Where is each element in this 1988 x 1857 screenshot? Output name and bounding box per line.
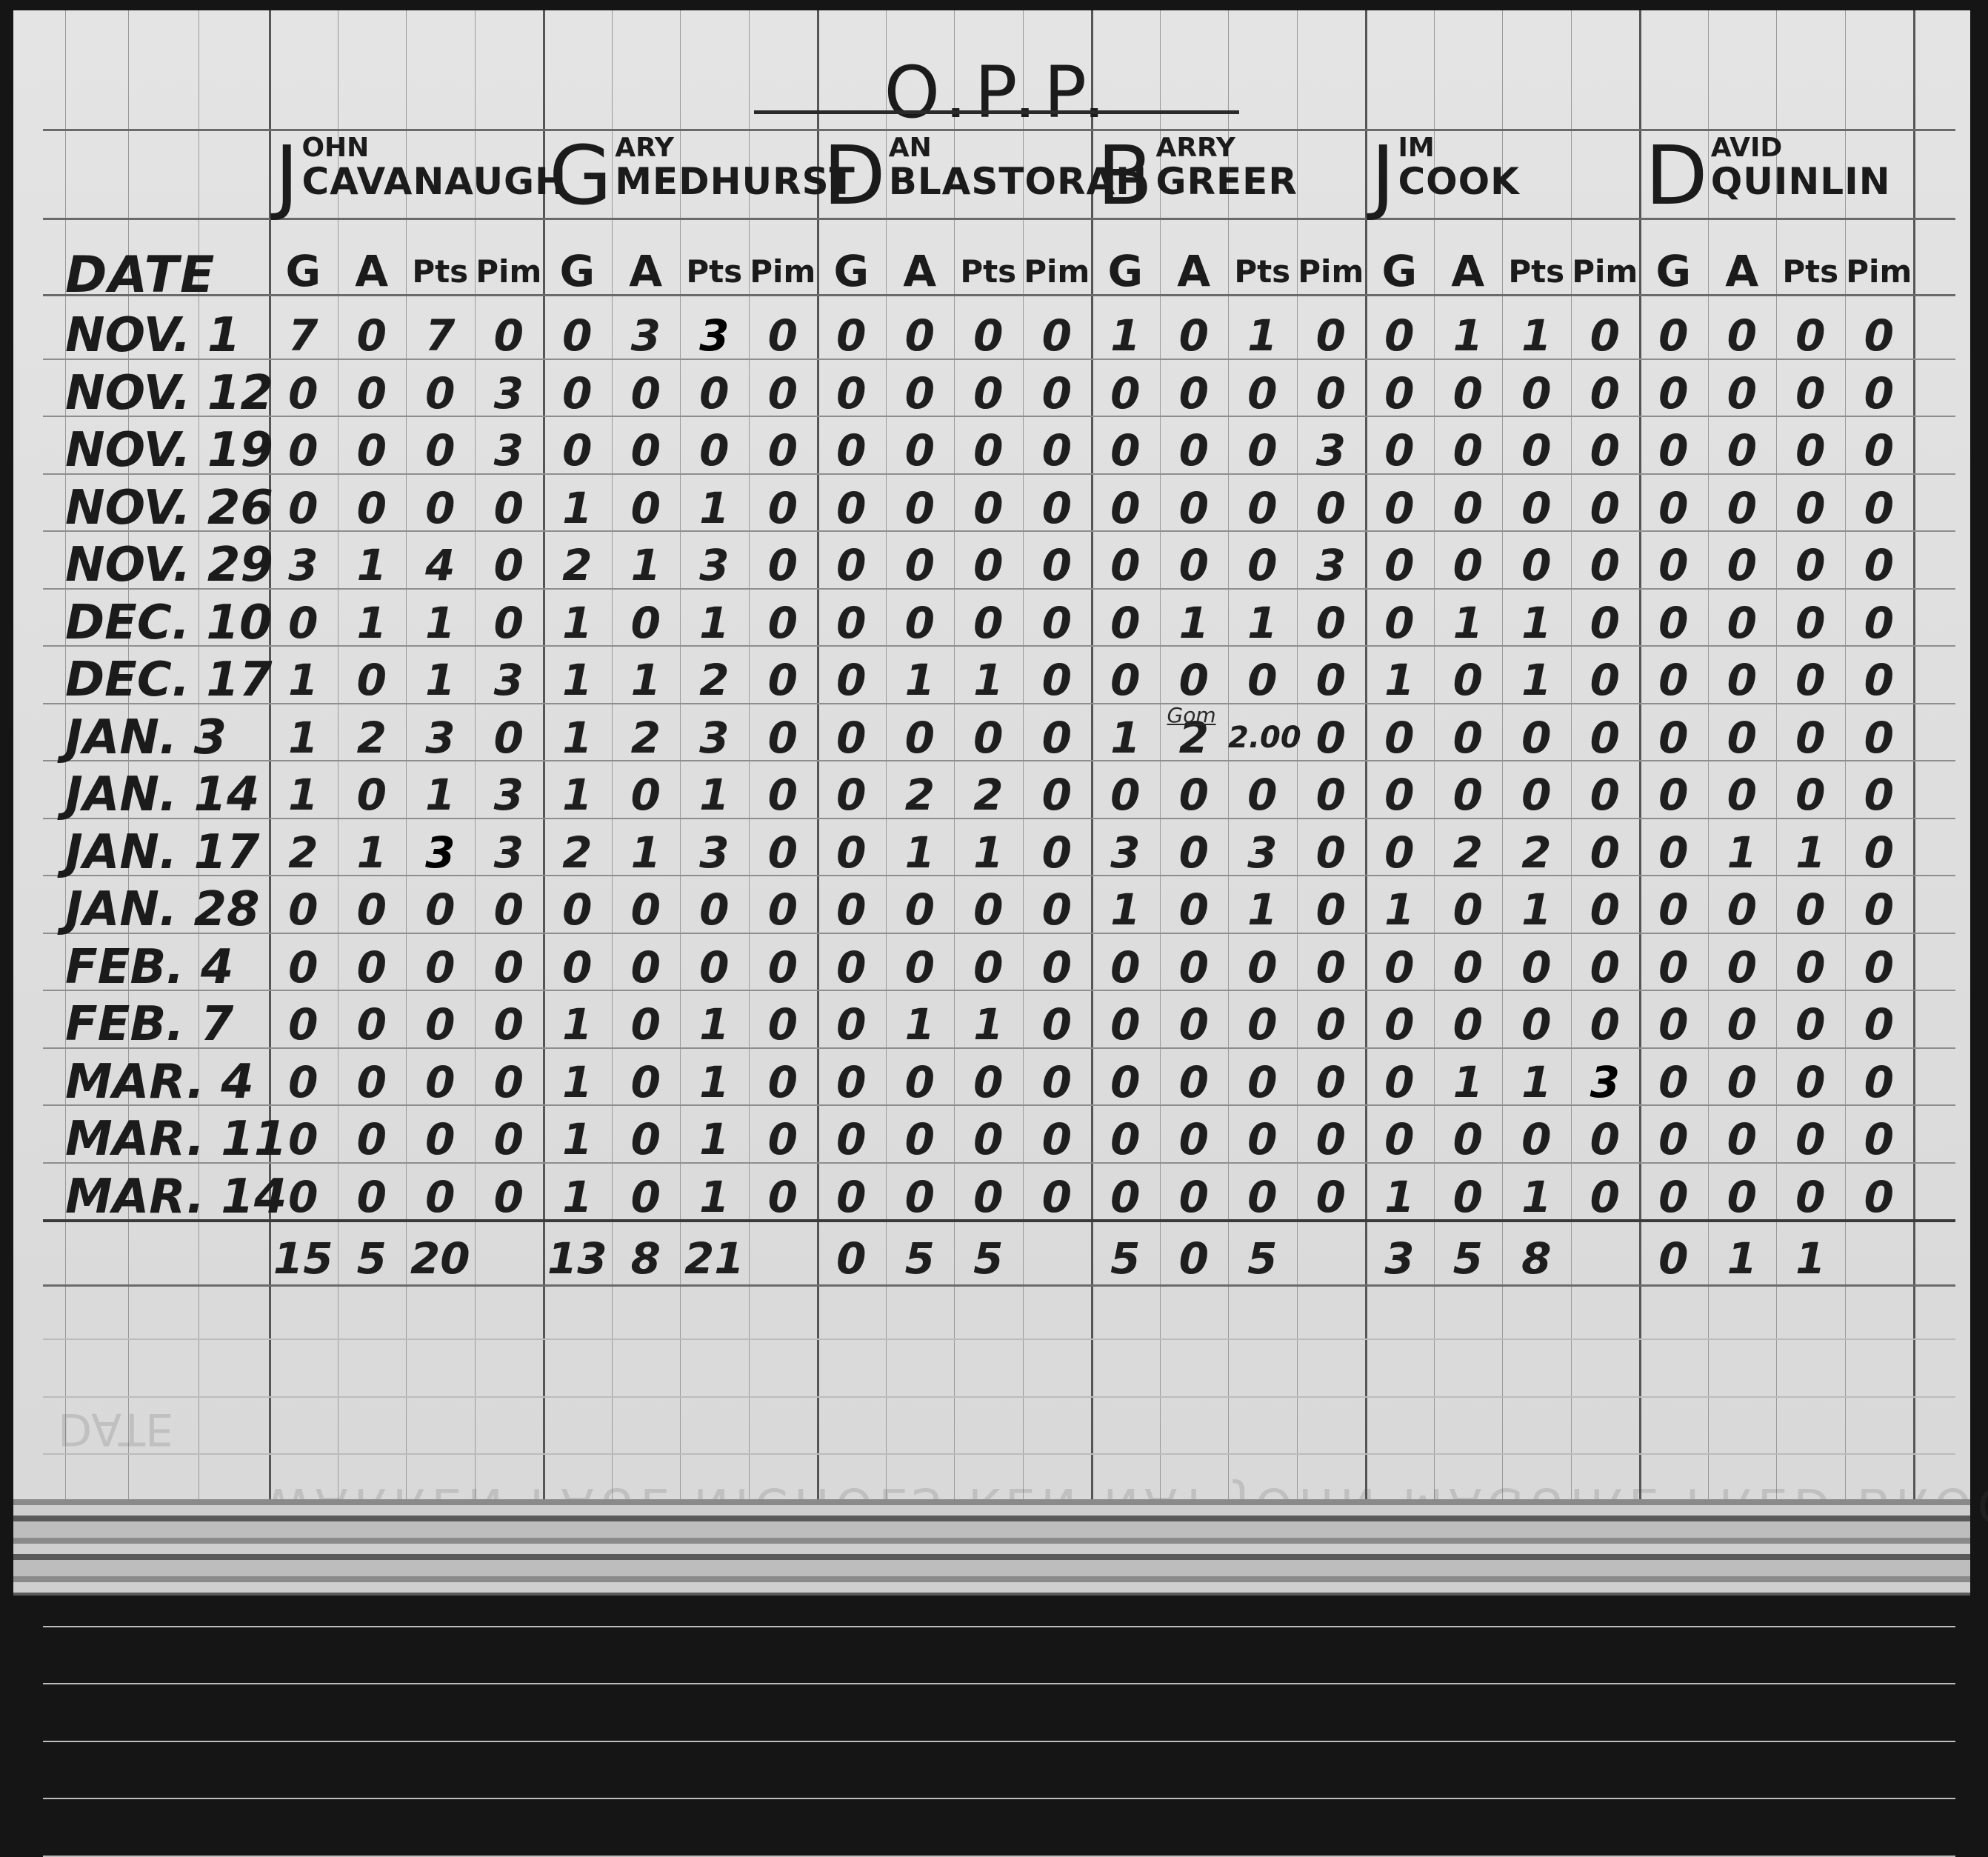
game-date: JAN. 3: [65, 707, 227, 768]
stat-cell-pts: 7: [406, 305, 475, 366]
stat-cell-a: 0: [612, 1052, 681, 1113]
stat-cell-pim: 0: [1571, 764, 1640, 825]
season-total-a: 5: [886, 1228, 955, 1289]
stat-cell-g: 0: [543, 305, 612, 366]
stat-cell-g: 0: [1365, 363, 1434, 424]
stat-cell-g: 0: [1091, 1052, 1160, 1113]
player-initial: B: [1097, 135, 1153, 216]
stat-cell-pim: 0: [1023, 707, 1092, 768]
season-total-g: 5: [1091, 1228, 1160, 1289]
stat-cell-a: 0: [612, 593, 681, 653]
game-date: JAN. 17: [65, 822, 260, 883]
stat-cell-g: 1: [1091, 305, 1160, 366]
notebook-binding: [13, 1499, 1970, 1596]
stat-cell-a: 0: [886, 879, 955, 940]
stat-cell-g: 7: [269, 305, 338, 366]
stat-cell-pim: 3: [1297, 420, 1366, 481]
stat-cell-a: 0: [338, 1109, 407, 1170]
stat-header-pts: Pts: [1776, 253, 1845, 305]
stat-cell-pim: 3: [475, 764, 544, 825]
game-row: NOV. 1707003300000101001100000: [13, 305, 1970, 366]
stat-cell-g: 0: [1639, 1167, 1708, 1227]
season-total-a: 8: [612, 1228, 681, 1289]
stat-cell-a: 0: [886, 478, 955, 539]
stat-cell-pts: 0: [1228, 478, 1297, 539]
stat-cell-a: 0: [1708, 535, 1777, 596]
stat-cell-g: 1: [543, 1167, 612, 1227]
season-total-a: 5: [338, 1228, 407, 1289]
stat-cell-pim: 0: [475, 305, 544, 366]
stat-cell-g: 1: [269, 764, 338, 825]
season-total-a: 5: [1434, 1228, 1503, 1289]
season-total-pts: 20: [406, 1228, 475, 1289]
stat-cell-a: 0: [612, 764, 681, 825]
stat-cell-g: 0: [817, 420, 886, 481]
stat-cell-g: 2: [543, 535, 612, 596]
stat-cell-g: 0: [269, 937, 338, 998]
margin-note: Gom: [1167, 703, 1216, 727]
stat-cell-a: 0: [1434, 650, 1503, 710]
stat-cell-g: 0: [269, 1167, 338, 1227]
stat-cell-pts: 1: [406, 593, 475, 653]
stat-cell-g: 3: [269, 535, 338, 596]
stat-cell-pim: 0: [749, 1052, 818, 1113]
stat-cell-pim: 0: [1023, 478, 1092, 539]
stat-cell-a: 0: [1160, 822, 1229, 883]
stat-cell-a: 0: [1160, 420, 1229, 481]
stat-cell-a: 1: [886, 650, 955, 710]
stat-cell-g: 0: [1365, 420, 1434, 481]
stat-cell-pts: 0: [954, 363, 1023, 424]
stat-header-pim: Pim: [1571, 253, 1640, 305]
stat-cell-pts: 0: [1228, 994, 1297, 1055]
stat-cell-g: 0: [1091, 650, 1160, 710]
stat-header-a: A: [886, 246, 955, 298]
stat-cell-g: 0: [1639, 535, 1708, 596]
stat-header-g: G: [543, 246, 612, 298]
stat-cell-g: 0: [1091, 535, 1160, 596]
stat-cell-pim: 0: [1571, 1167, 1640, 1227]
stat-cell-pts: 0: [1502, 420, 1571, 481]
stat-cell-pts: 1: [954, 822, 1023, 883]
stat-cell-pim: 0: [1297, 707, 1366, 768]
stat-cell-pts: 1: [1502, 1052, 1571, 1113]
stat-cell-pts: 0: [680, 363, 749, 424]
stat-cell-g: 0: [1639, 1052, 1708, 1113]
stat-cell-g: 1: [543, 1109, 612, 1170]
player-header: JIMCOOK: [1371, 135, 1520, 216]
stat-cell-pts: 0: [1776, 650, 1845, 710]
stat-cell-pts: 0: [1502, 535, 1571, 596]
stat-cell-pim: 0: [749, 1167, 818, 1227]
stat-cell-a: 0: [886, 1109, 955, 1170]
stat-cell-pim: 0: [1571, 994, 1640, 1055]
stat-cell-g: 0: [1639, 305, 1708, 366]
stat-cell-a: 0: [338, 420, 407, 481]
ledger-page: DATE WARREN PAUL NICHOLS KEN NAY JOHN MA…: [13, 10, 1970, 1596]
stat-cell-pts: 0: [406, 1052, 475, 1113]
stat-cell-a: 0: [1708, 420, 1777, 481]
stat-cell-pts: 0: [1776, 1167, 1845, 1227]
stat-cell-pts: 0: [1776, 420, 1845, 481]
season-total-g: 15: [269, 1228, 338, 1289]
stat-cell-g: 0: [1365, 593, 1434, 653]
stat-cell-a: 2: [612, 707, 681, 768]
stat-cell-pim: 0: [475, 937, 544, 998]
player-name-text: OHNCAVANAUGH: [301, 135, 567, 201]
stat-cell-pts: 0: [954, 879, 1023, 940]
stat-cell-g: 0: [1091, 420, 1160, 481]
stat-cell-pts: 0: [406, 478, 475, 539]
stat-cell-pim: 0: [1845, 363, 1914, 424]
stat-cell-pim: 0: [1297, 937, 1366, 998]
stat-cell-pts: 0: [1776, 994, 1845, 1055]
player-name-text: IMCOOK: [1398, 135, 1519, 201]
stat-cell-g: 0: [1365, 994, 1434, 1055]
stat-header-g: G: [269, 246, 338, 298]
stat-cell-a: 0: [338, 764, 407, 825]
stat-cell-pim: 0: [1845, 305, 1914, 366]
stat-cell-g: 0: [1365, 764, 1434, 825]
stat-cell-pts: 1: [680, 1052, 749, 1113]
stat-cell-pts: 1: [1228, 879, 1297, 940]
stat-cell-g: 3: [1091, 822, 1160, 883]
stat-cell-g: 1: [543, 593, 612, 653]
stat-cell-pts: 0: [1228, 764, 1297, 825]
stat-cell-a: 0: [886, 707, 955, 768]
stat-cell-g: 0: [1639, 879, 1708, 940]
stat-cell-g: 0: [817, 478, 886, 539]
stat-cell-a: 0: [1708, 707, 1777, 768]
stat-header-a: A: [1160, 246, 1229, 298]
stat-cell-pts: 3: [406, 707, 475, 768]
stat-cell-a: 0: [612, 420, 681, 481]
stat-cell-a: 2: [1434, 822, 1503, 883]
stat-cell-pim: 0: [475, 707, 544, 768]
player-initial: G: [549, 135, 612, 216]
player-name-text: ARYMEDHURST: [615, 135, 855, 201]
stat-cell-a: 0: [1160, 478, 1229, 539]
stat-cell-pim: 0: [1297, 994, 1366, 1055]
stat-cell-pim: 0: [1571, 593, 1640, 653]
stat-cell-a: 1: [1708, 822, 1777, 883]
stat-cell-g: 0: [817, 707, 886, 768]
season-total-a: 1: [1708, 1228, 1777, 1289]
stat-cell-pim: 0: [1297, 1052, 1366, 1113]
season-total-g: 0: [817, 1228, 886, 1289]
stat-cell-pts: 1: [1776, 822, 1845, 883]
stat-cell-pim: 0: [1023, 822, 1092, 883]
stat-cell-pim: 0: [1845, 1167, 1914, 1227]
stat-cell-pim: 0: [1023, 593, 1092, 653]
stat-cell-pim: 0: [1571, 478, 1640, 539]
stat-header-pts: Pts: [1502, 253, 1571, 305]
stat-cell-g: 0: [817, 305, 886, 366]
game-row: DEC. 17101311200110000010100000: [13, 650, 1970, 710]
game-date: NOV. 26: [65, 478, 273, 539]
stat-cell-a: 0: [1160, 535, 1229, 596]
stat-cell-pts: 0: [1502, 478, 1571, 539]
stat-cell-a: 0: [1160, 363, 1229, 424]
stat-cell-a: 0: [1434, 363, 1503, 424]
stat-cell-pts: 0: [1776, 764, 1845, 825]
stat-cell-a: 2: [886, 764, 955, 825]
stat-cell-g: 0: [1365, 535, 1434, 596]
stat-cell-pts: 3: [406, 822, 475, 883]
stat-cell-a: 0: [338, 1167, 407, 1227]
stat-cell-a: 0: [1434, 707, 1503, 768]
stat-cell-pts: 1: [406, 650, 475, 710]
stat-cell-pts: 1: [954, 650, 1023, 710]
game-date: NOV. 12: [65, 363, 273, 424]
stat-cell-g: 0: [1639, 764, 1708, 825]
stat-cell-g: 0: [1365, 707, 1434, 768]
stat-cell-a: 0: [612, 879, 681, 940]
stat-cell-pim: 3: [475, 822, 544, 883]
stat-cell-g: 0: [817, 535, 886, 596]
game-row: MAR. 4000010100000000001130000: [13, 1052, 1970, 1113]
stat-cell-a: 0: [338, 363, 407, 424]
stat-cell-pim: 3: [1297, 535, 1366, 596]
stat-cell-a: 1: [1434, 305, 1503, 366]
stat-cell-a: 1: [886, 994, 955, 1055]
stat-header-pim: Pim: [1023, 253, 1092, 305]
season-total-g: 0: [1639, 1228, 1708, 1289]
stat-cell-pim: 0: [1571, 363, 1640, 424]
stat-cell-pts: 0: [1776, 879, 1845, 940]
season-total-a: 0: [1160, 1228, 1229, 1289]
stat-cell-pim: 0: [749, 363, 818, 424]
stat-cell-g: 1: [269, 650, 338, 710]
stat-cell-a: 0: [886, 535, 955, 596]
stat-cell-g: 0: [817, 879, 886, 940]
game-row: MAR. 11000010100000000000000000: [13, 1109, 1970, 1170]
stat-cell-g: 2: [269, 822, 338, 883]
title-underline: [754, 110, 1239, 114]
stat-cell-a: 0: [1708, 764, 1777, 825]
stat-cell-pim: 0: [1845, 937, 1914, 998]
stat-cell-pts: 1: [1502, 593, 1571, 653]
stat-cell-g: 0: [817, 937, 886, 998]
stat-cell-a: 0: [1434, 1167, 1503, 1227]
player-last-name: MEDHURST: [615, 161, 855, 201]
game-date: MAR. 14: [65, 1167, 287, 1227]
date-column-header: DATE: [65, 246, 216, 304]
stat-cell-a: 0: [886, 305, 955, 366]
stat-cell-pim: 0: [1023, 420, 1092, 481]
stat-cell-a: 0: [1708, 1109, 1777, 1170]
stat-cell-a: 1: [886, 822, 955, 883]
stat-cell-pts: 3: [680, 822, 749, 883]
stat-cell-pim: 0: [749, 1109, 818, 1170]
stat-cell-g: 0: [1639, 937, 1708, 998]
stat-cell-pts: 1: [1502, 1167, 1571, 1227]
stat-cell-pts: 0: [954, 305, 1023, 366]
stat-cell-pts: 1: [1502, 879, 1571, 940]
stat-cell-pts: 0: [1776, 363, 1845, 424]
game-date: NOV. 29: [65, 535, 273, 596]
game-row: NOV. 12000300000000000000000000: [13, 363, 1970, 424]
player-header: JOHNCAVANAUGH: [275, 135, 567, 216]
stat-cell-a: 0: [886, 1052, 955, 1113]
stat-cell-a: 1: [338, 535, 407, 596]
stat-cell-a: 2: [338, 707, 407, 768]
stat-cell-g: 1: [543, 764, 612, 825]
stat-cell-a: 0: [612, 1167, 681, 1227]
stat-header-pim: Pim: [749, 253, 818, 305]
stat-cell-a: 1: [612, 650, 681, 710]
stat-cell-pim: 0: [749, 707, 818, 768]
stat-cell-pim: 0: [1297, 879, 1366, 940]
player-name-text: ARRYGREER: [1155, 135, 1297, 201]
game-date: NOV. 19: [65, 420, 273, 481]
stat-cell-a: 1: [612, 822, 681, 883]
stat-cell-g: 0: [269, 1052, 338, 1113]
stat-cell-pts: 0: [1228, 937, 1297, 998]
stat-cell-a: 1: [338, 593, 407, 653]
stat-cell-a: 0: [886, 937, 955, 998]
stat-header-a: A: [338, 246, 407, 298]
stat-cell-pts: 0: [1502, 707, 1571, 768]
stat-cell-pim: 0: [1845, 593, 1914, 653]
stat-cell-pts: 0: [406, 994, 475, 1055]
stat-cell-a: 0: [1160, 994, 1229, 1055]
stat-cell-pim: 0: [1023, 305, 1092, 366]
stat-cell-pim: 0: [1571, 707, 1640, 768]
stat-cell-pts: 1: [1502, 305, 1571, 366]
stat-cell-pts: 0: [954, 535, 1023, 596]
stat-cell-pim: 0: [1023, 1052, 1092, 1113]
stat-cell-pim: 0: [749, 937, 818, 998]
stat-header-g: G: [1365, 246, 1434, 298]
stat-cell-pts: 4: [406, 535, 475, 596]
stat-cell-pim: 0: [1571, 937, 1640, 998]
game-row: JAN. 28000000000000101010100000: [13, 879, 1970, 940]
game-row: NOV. 19000300000000000300000000: [13, 420, 1970, 481]
stat-cell-pim: 0: [749, 822, 818, 883]
blank-rule: [43, 1396, 1955, 1398]
stat-cell-pts: 3: [680, 305, 749, 366]
stat-cell-pts: 0: [1776, 593, 1845, 653]
game-date: JAN. 28: [65, 879, 260, 940]
game-date: MAR. 11: [65, 1109, 287, 1170]
stat-cell-pts: 0: [1228, 363, 1297, 424]
stat-cell-pim: 0: [475, 879, 544, 940]
stat-cell-pts: 2.00: [1228, 707, 1297, 768]
stat-cell-g: 0: [543, 937, 612, 998]
game-date: MAR. 4: [65, 1052, 254, 1113]
stat-cell-a: 0: [1434, 478, 1503, 539]
stat-cell-g: 1: [1365, 1167, 1434, 1227]
game-row: FEB. 4000000000000000000000000: [13, 937, 1970, 998]
stat-cell-pim: 3: [475, 363, 544, 424]
stat-cell-pts: 0: [406, 363, 475, 424]
stat-cell-a: 0: [1708, 650, 1777, 710]
stat-cell-pim: 0: [475, 1167, 544, 1227]
stat-cell-g: 0: [1365, 1052, 1434, 1113]
season-total-pts: 5: [954, 1228, 1023, 1289]
game-row: MAR. 14000010100000000010100000: [13, 1167, 1970, 1227]
stat-cell-g: 0: [817, 1167, 886, 1227]
stat-cell-pts: 1: [1228, 305, 1297, 366]
stat-cell-a: 0: [612, 937, 681, 998]
player-first-name: IM: [1398, 135, 1519, 161]
stat-cell-g: 1: [543, 650, 612, 710]
stat-cell-g: 1: [543, 478, 612, 539]
stat-cell-pts: 0: [1776, 937, 1845, 998]
stat-cell-pim: 0: [1297, 478, 1366, 539]
game-date: DEC. 10: [65, 593, 272, 653]
stat-cell-g: 0: [1091, 363, 1160, 424]
stat-cell-a: 0: [1708, 363, 1777, 424]
stat-cell-pim: 0: [1023, 879, 1092, 940]
stat-cell-a: 0: [1160, 1109, 1229, 1170]
stat-cell-pts: 1: [1502, 650, 1571, 710]
stat-cell-a: 0: [1160, 764, 1229, 825]
stat-cell-g: 0: [1091, 1167, 1160, 1227]
player-header: GARYMEDHURST: [549, 135, 855, 216]
stat-cell-pts: 0: [954, 1052, 1023, 1113]
stat-cell-pim: 0: [1297, 1167, 1366, 1227]
stat-cell-pts: 0: [1776, 1052, 1845, 1113]
player-initial: D: [1645, 135, 1708, 216]
stat-cell-a: 0: [1708, 478, 1777, 539]
stat-cell-pim: 0: [475, 1109, 544, 1170]
season-total-pts: 21: [680, 1228, 749, 1289]
stat-cell-pim: 0: [475, 1052, 544, 1113]
stat-cell-a: 0: [1434, 994, 1503, 1055]
stat-cell-a: 0: [1708, 879, 1777, 940]
stat-cell-a: 1: [612, 535, 681, 596]
stat-cell-a: 0: [338, 1052, 407, 1113]
stat-cell-a: 0: [1434, 937, 1503, 998]
player-initial: D: [823, 135, 886, 216]
stat-cell-pts: 0: [1228, 1109, 1297, 1170]
stat-cell-a: 0: [338, 478, 407, 539]
stat-header-g: G: [1639, 246, 1708, 298]
stat-cell-a: 0: [1434, 420, 1503, 481]
stat-cell-a: 0: [1160, 879, 1229, 940]
stat-cell-g: 0: [269, 363, 338, 424]
stat-cell-pts: 3: [680, 707, 749, 768]
stat-cell-g: 0: [817, 1052, 886, 1113]
stat-cell-pts: 0: [954, 1109, 1023, 1170]
stat-header-a: A: [1708, 246, 1777, 298]
game-date: FEB. 4: [65, 937, 233, 998]
stat-cell-pts: 1: [1228, 593, 1297, 653]
stat-cell-pim: 0: [749, 305, 818, 366]
stat-cell-pts: 0: [1776, 305, 1845, 366]
game-row: JAN. 17213321300110303002200110: [13, 822, 1970, 883]
stat-cell-g: 0: [1365, 1109, 1434, 1170]
stat-cell-a: 0: [338, 650, 407, 710]
player-first-name: OHN: [301, 135, 567, 161]
stat-cell-pts: 0: [1502, 1109, 1571, 1170]
stat-cell-a: 1: [1160, 593, 1229, 653]
stat-cell-g: 1: [543, 994, 612, 1055]
stat-cell-pts: 0: [1502, 764, 1571, 825]
stat-cell-a: 0: [338, 879, 407, 940]
stat-cell-a: 0: [1160, 937, 1229, 998]
stat-cell-g: 0: [543, 879, 612, 940]
stat-cell-a: 0: [1708, 1167, 1777, 1227]
stat-cell-pts: 0: [406, 1167, 475, 1227]
stat-cell-g: 0: [1091, 478, 1160, 539]
stat-cell-a: 0: [886, 593, 955, 653]
stat-cell-a: 0: [338, 994, 407, 1055]
stat-cell-pim: 0: [1023, 535, 1092, 596]
stat-cell-g: 1: [543, 707, 612, 768]
